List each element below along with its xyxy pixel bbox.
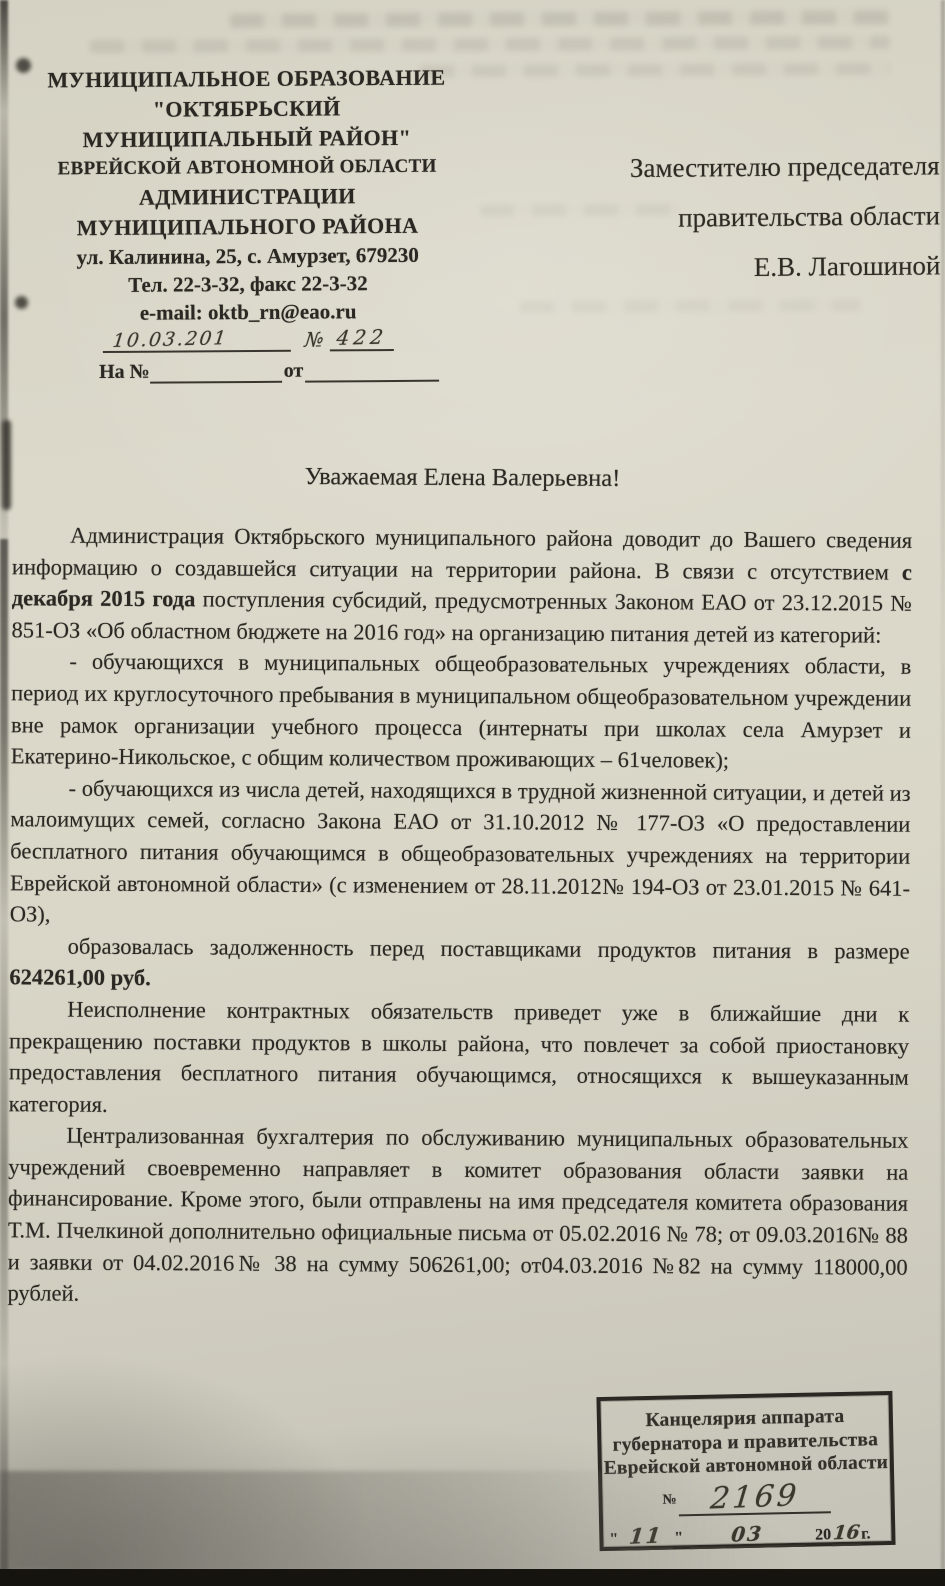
paragraph-segment: Неисполнение контрактных обязательств пр… [9,997,910,1117]
handwritten-date: 10.03.201 [111,327,229,352]
letterhead-org-lines: МУНИЦИПАЛЬНОЕ ОБРАЗОВАНИЕ"ОКТЯБРЬСКИЙМУН… [19,62,475,243]
letterhead-address-line: Тел. 22-3-32, факс 22-3-32 [20,268,475,299]
letter-body: Уважаемая Елена Валерьевна! Администраци… [7,461,912,1314]
salutation: Уважаемая Елена Валерьевна! [12,461,912,494]
body-paragraph: образовалась задолженность перед поставщ… [9,930,909,999]
scan-edge-artifact [941,0,945,1586]
handwritten-outgoing-number: 422 [335,325,388,350]
addressee-line: правительства области [560,190,940,243]
letterhead-address-lines: ул. Калинина, 25, с. Амурзет, 679230Тел.… [20,240,476,327]
reference-number-row: На № от [21,357,476,384]
letterhead-org-line: МУНИЦИПАЛЬНЫЙ РАЙОН" [19,122,474,155]
bleed-through-artifact [420,63,890,77]
scan-speck-artifact [2,420,11,510]
scan-edge-artifact [0,0,8,1586]
number-underline: 422 [330,325,394,351]
paragraph-segment: Администрация Октябрьского муниципальног… [12,523,912,585]
scanned-letter-page: МУНИЦИПАЛЬНОЕ ОБРАЗОВАНИЕ"ОКТЯБРЬСКИЙМУН… [0,0,945,1586]
body-paragraph: - обучающихся в муниципальных общеобразо… [11,646,912,778]
letterhead-address-line: e-mail: oktb_rn@eao.ru [21,296,476,327]
reference-prefix: На № [99,361,150,384]
addressee-block: Заместителю председателяправительства об… [559,140,940,293]
bleed-through-artifact [230,10,890,27]
body-paragraph: - обучающихся из числа детей, находящихс… [10,772,911,935]
paragraph-segment-bold: 624261,00 руб. [9,965,150,991]
paragraph-segment: - обучающихся в муниципальных общеобразо… [11,649,912,773]
addressee-line: Заместителю председателя [559,140,939,193]
bleed-through-artifact [90,36,890,53]
date-number-row: 10.03.201 № 422 [21,326,476,353]
body-paragraph: Централизованная бухгалтерия по обслужив… [7,1120,908,1315]
body-paragraphs: Администрация Октябрьского муниципальног… [7,519,912,1314]
paragraph-segment: - обучающихся из числа детей, находящихс… [10,775,911,926]
body-paragraph: Администрация Октябрьского муниципальног… [11,519,912,651]
scan-shadow-artifact [0,1471,945,1571]
number-sign: № [303,327,325,351]
scan-edge-bottom [0,1569,945,1586]
body-paragraph: Неисполнение контрактных обязательств пр… [9,993,910,1125]
bleed-through-artifact [520,299,860,313]
letterhead-org-line: АДМИНИСТРАЦИИ [20,180,475,213]
addressee-line: Е.В. Лагошиной [560,240,940,293]
letterhead-org-line: "ОКТЯБРЬСКИЙ [19,92,474,125]
letterhead-org-line: МУНИЦИПАЛЬНОГО РАЙОНА [20,210,475,243]
letterhead: МУНИЦИПАЛЬНОЕ ОБРАЗОВАНИЕ"ОКТЯБРЬСКИЙМУН… [19,62,476,384]
stamp-title-lines: Канцелярия аппаратагубернатора и правите… [601,1404,890,1481]
reference-ot-label: от [284,360,304,383]
letterhead-org-line: МУНИЦИПАЛЬНОЕ ОБРАЗОВАНИЕ [19,62,474,95]
reference-date-blank [305,380,439,383]
letterhead-address-line: ул. Калинина, 25, с. Амурзет, 679230 [20,240,475,271]
date-underline: 10.03.201 [103,328,291,353]
reference-number-blank [150,381,282,384]
letterhead-org-line: ЕВРЕЙСКОЙ АВТОНОМНОЙ ОБЛАСТИ [20,152,475,183]
paragraph-segment: Централизованная бухгалтерия по обслужив… [7,1123,908,1306]
paragraph-segment: образовалась задолженность перед поставщ… [68,933,910,963]
